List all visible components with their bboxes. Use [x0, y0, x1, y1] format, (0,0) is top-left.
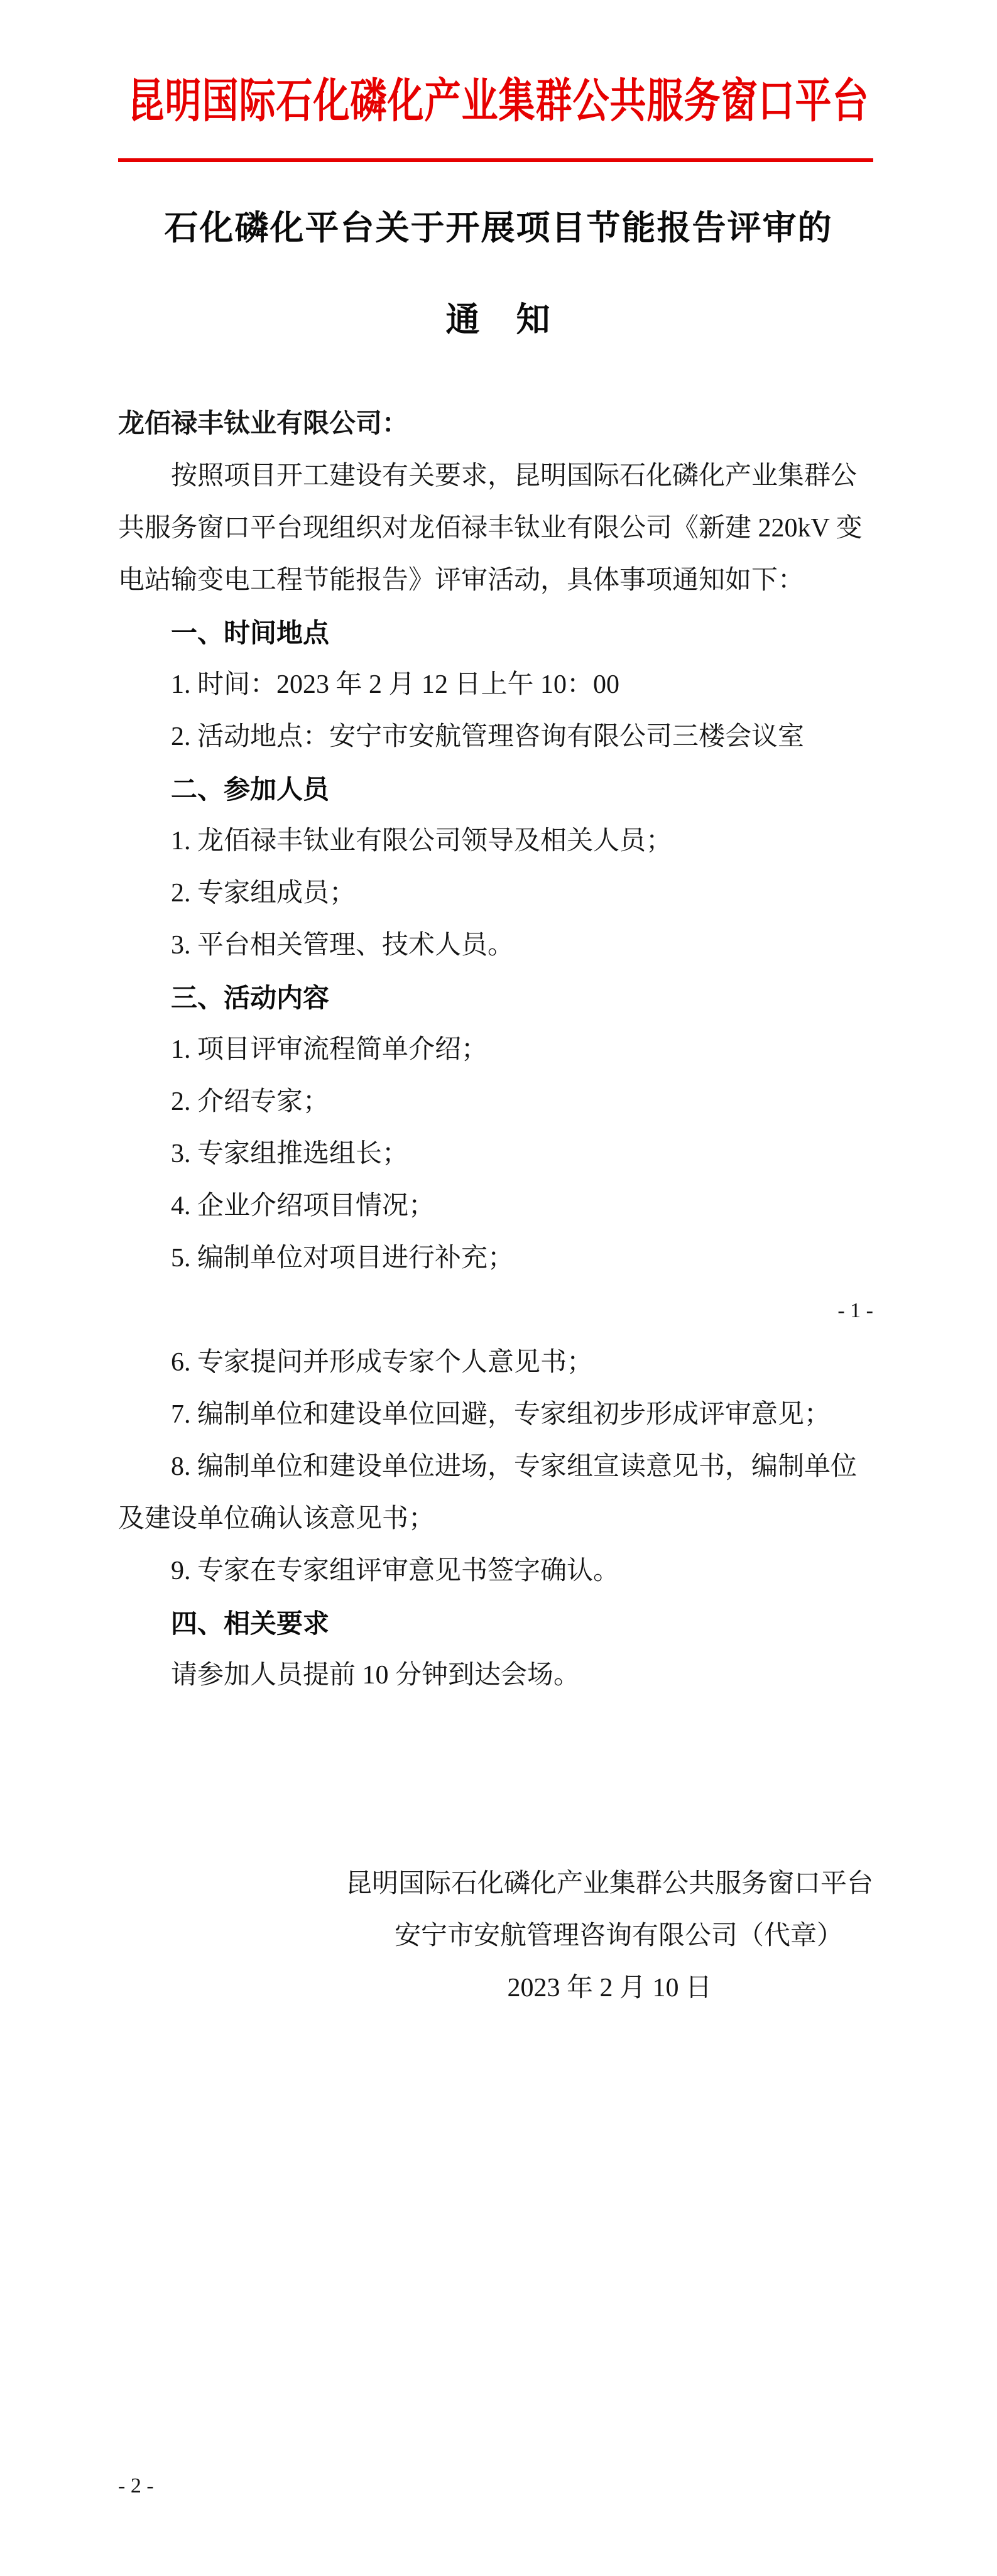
body-line: 及建设单位确认该意见书；: [118, 1493, 873, 1545]
body-line: 8. 编制单位和建设单位进场，专家组宣读意见书，编制单位: [118, 1441, 873, 1493]
notice-title-line-2: 通 知: [118, 294, 879, 345]
blank-line: [118, 1702, 873, 1754]
body-line: 3. 平台相关管理、技术人员。: [118, 920, 873, 972]
section-heading: 三、活动内容: [118, 972, 873, 1024]
notice-body: 龙佰禄丰钛业有限公司：按照项目开工建设有关要求，昆明国际石化磷化产业集群公共服务…: [118, 398, 873, 2014]
body-line: 7. 编制单位和建设单位回避，专家组初步形成评审意见；: [118, 1389, 873, 1441]
body-line: 1. 时间：2023 年 2 月 12 日上午 10：00: [118, 659, 873, 711]
blank-line: [118, 1754, 873, 1806]
body-line: 4. 企业介绍项目情况；: [118, 1180, 873, 1232]
body-line: 9. 专家在专家组评审意见书签字确认。: [118, 1545, 873, 1597]
body-line: 请参加人员提前 10 分钟到达会场。: [118, 1649, 873, 1702]
body-line: 5. 编制单位对项目进行补充；: [118, 1232, 873, 1285]
body-line: 6. 专家提问并形成专家个人意见书；: [118, 1337, 873, 1389]
body-line: 按照项目开工建设有关要求，昆明国际石化磷化产业集群公: [118, 450, 873, 503]
blank-line: [118, 1806, 873, 1858]
body-line: 电站输变电工程节能报告》评审活动，具体事项通知如下：: [118, 555, 873, 607]
salutation: 龙佰禄丰钛业有限公司：: [118, 398, 873, 450]
body-line: 2. 活动地点：安宁市安航管理咨询有限公司三楼会议室: [118, 711, 873, 763]
body-line: 2. 专家组成员；: [118, 867, 873, 920]
body-line: 共服务窗口平台现组织对龙佰禄丰钛业有限公司《新建 220kV 变: [118, 503, 873, 555]
section-heading: 四、相关要求: [118, 1597, 873, 1649]
body-line: 2. 介绍专家；: [118, 1076, 873, 1128]
body-line: 1. 项目评审流程简单介绍；: [118, 1024, 873, 1076]
signature-date: 2023 年 2 月 10 日: [118, 1962, 873, 2014]
page-1-number: - 1 -: [118, 1285, 873, 1337]
signature-company: 安宁市安航管理咨询有限公司（代章）: [118, 1910, 873, 1962]
body-line: 1. 龙佰禄丰钛业有限公司领导及相关人员；: [118, 815, 873, 867]
page-2-number: - 2 -: [118, 2474, 154, 2499]
signature-platform: 昆明国际石化磷化产业集群公共服务窗口平台: [118, 1858, 873, 1910]
section-heading: 二、参加人员: [118, 763, 873, 815]
body-line: 3. 专家组推选组长；: [118, 1128, 873, 1180]
section-heading: 一、时间地点: [118, 607, 873, 659]
letterhead-platform-title: 昆明国际石化磷化产业集群公共服务窗口平台: [118, 70, 879, 133]
notice-document: 昆明国际石化磷化产业集群公共服务窗口平台 石化磷化平台关于开展项目节能报告评审的…: [0, 0, 997, 2576]
letterhead-divider-rule: [118, 158, 873, 162]
notice-title-line-1: 石化磷化平台关于开展项目节能报告评审的: [118, 202, 879, 254]
